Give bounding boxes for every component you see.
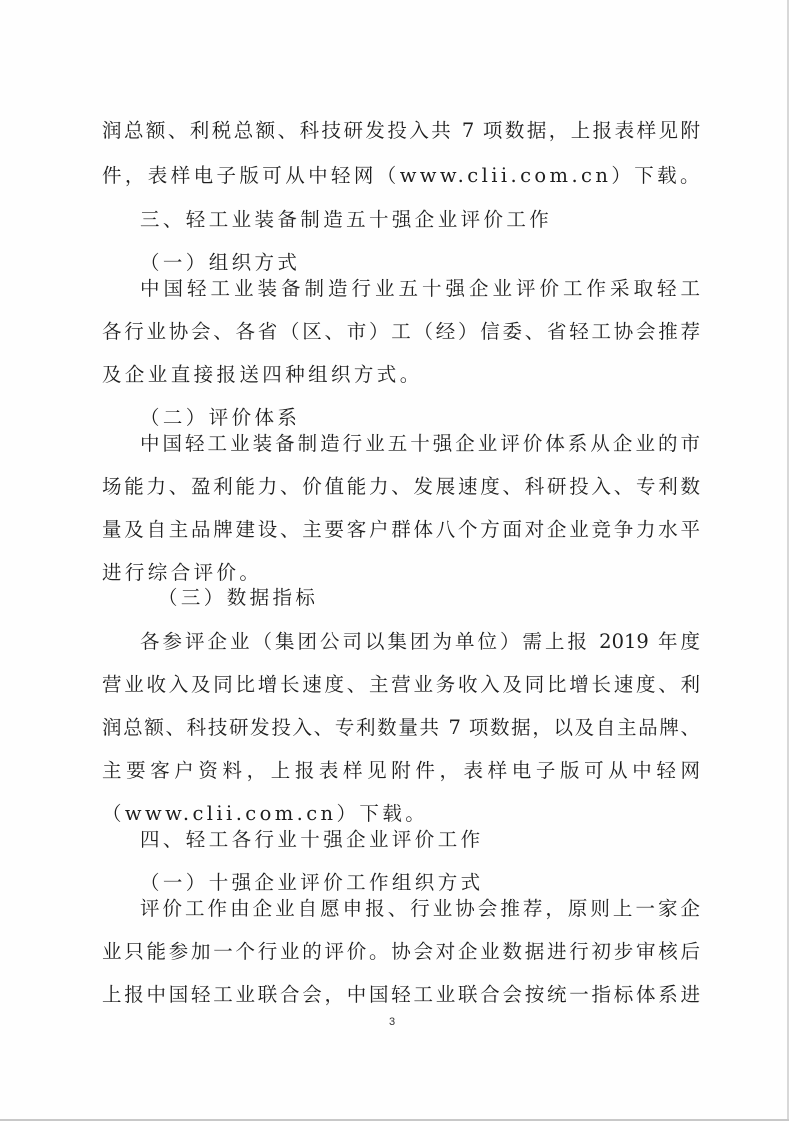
text-line: 润总额、科技研发投入、专利数量共 7 项数据，以及自主品牌、 — [102, 715, 700, 741]
text-line: 三、轻工业装备制造五十强企业评价工作 — [140, 207, 740, 233]
document-page: 润总额、利税总额、科技研发投入共 7 项数据，上报表样见附件，表样电子版可从中轻… — [0, 0, 789, 1121]
text-line: 上报中国轻工业联合会，中国轻工业联合会按统一指标体系进 — [102, 982, 700, 1008]
text-line: （一）十强企业评价工作组织方式 — [140, 870, 740, 896]
text-line: （www.clii.com.cn）下载。 — [102, 801, 702, 827]
text-line: 场能力、盈利能力、价值能力、发展速度、科研投入、专利数 — [102, 474, 700, 500]
text-line: 件，表样电子版可从中轻网（www.clii.com.cn）下载。 — [102, 163, 702, 189]
text-line: 各参评企业（集团公司以集团为单位）需上报 2019 年度 — [140, 629, 700, 655]
text-line: 及企业直接报送四种组织方式。 — [102, 362, 702, 388]
text-line: 各行业协会、各省（区、市）工（经）信委、省轻工协会推荐 — [102, 319, 700, 345]
text-line: 主要客户资料，上报表样见附件，表样电子版可从中轻网 — [102, 758, 700, 784]
text-line: （三）数据指标 — [158, 585, 758, 611]
text-line: 业只能参加一个行业的评价。协会对企业数据进行初步审核后 — [102, 939, 700, 965]
page-number: 3 — [389, 1016, 395, 1028]
text-line: 营业收入及同比增长速度、主营业务收入及同比增长速度、利 — [102, 672, 700, 698]
text-line: 评价工作由企业自愿申报、行业协会推荐，原则上一家企 — [140, 896, 700, 922]
text-line: 中国轻工业装备制造行业五十强企业评价工作采取轻工 — [140, 276, 700, 302]
text-line: 润总额、利税总额、科技研发投入共 7 项数据，上报表样见附 — [102, 118, 700, 144]
text-line: 进行综合评价。 — [102, 560, 702, 586]
text-line: 中国轻工业装备制造行业五十强企业评价体系从企业的市 — [140, 431, 700, 457]
text-line: （一）组织方式 — [140, 250, 740, 276]
text-line: （二）评价体系 — [140, 405, 740, 431]
text-line: 四、轻工各行业十强企业评价工作 — [140, 827, 740, 853]
text-line: 量及自主品牌建设、主要客户群体八个方面对企业竞争力水平 — [102, 517, 700, 543]
